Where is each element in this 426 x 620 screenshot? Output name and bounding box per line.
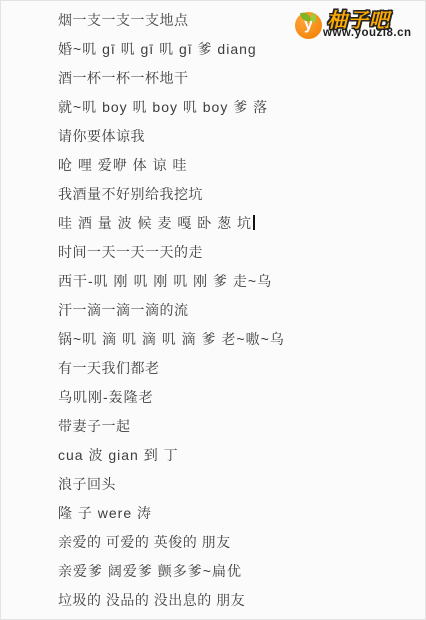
lyric-line-text: 婚~叽 gī 叽 gī 叽 gī 爹 diang [58,41,257,57]
lyric-line-text: 西干-叽 刚 叽 刚 叽 刚 爹 走~乌 [58,273,272,289]
youzi8-logo-icon: y [295,12,322,39]
lyric-line-text: 酒一杯一杯一杯地干 [58,70,189,86]
lyric-line: 带妻子一起 [58,412,425,441]
lyric-line: 就~叽 boy 叽 boy 叽 boy 爹 落 [58,93,425,122]
lyric-line: 我酒量不好别给我挖坑 [58,180,425,209]
lyrics-text-area[interactable]: 烟一支一支一支地点婚~叽 gī 叽 gī 叽 gī 爹 diang酒一杯一杯一杯… [58,6,425,615]
lyric-line-text: 带妻子一起 [58,418,131,434]
lyric-line: 酒一杯一杯一杯地干 [58,64,425,93]
lyric-line: 呛 哩 爱咿 体 谅 哇 [58,151,425,180]
lyric-line-text: 垃圾的 没品的 没出息的 朋友 [58,592,245,608]
lyric-line-text: 呛 哩 爱咿 体 谅 哇 [58,157,187,173]
lyric-line-text: 请你要体谅我 [58,128,145,144]
lyric-line: 隆 子 were 涛 [58,499,425,528]
lyric-line: cua 波 gian 到 丁 [58,441,425,470]
lyric-line: 请你要体谅我 [58,122,425,151]
lyric-line: 浪子回头 [58,470,425,499]
logo-site-url: www.youzi8.cn [323,27,412,39]
lyric-line: 西干-叽 刚 叽 刚 叽 刚 爹 走~乌 [58,267,425,296]
text-cursor [253,215,255,230]
lyric-line: 时间一天一天一天的走 [58,238,425,267]
lyric-line: 亲爱的 可爱的 英俊的 朋友 [58,528,425,557]
lyric-line-text: 我酒量不好别给我挖坑 [58,186,203,202]
lyric-line-text: 就~叽 boy 叽 boy 叽 boy 爹 落 [58,99,268,115]
lyric-line-text: 亲爱的 可爱的 英俊的 朋友 [58,534,231,550]
lyric-line-text: 乌叽刚-轰隆老 [58,389,154,405]
lyric-line-text: 锅~叽 滴 叽 滴 叽 滴 爹 老~嗷~乌 [58,331,285,347]
lyric-line: 亲爱爹 阔爱爹 颤多爹~扁优 [58,557,425,586]
lyric-line: 乌叽刚-轰隆老 [58,383,425,412]
lyrics-page: 烟一支一支一支地点婚~叽 gī 叽 gī 叽 gī 爹 diang酒一杯一杯一杯… [0,0,426,620]
lyric-line: 有一天我们都老 [58,354,425,383]
lyric-line-text: 汗一滴一滴一滴的流 [58,302,189,318]
youzi8-watermark: y 柚子吧 www.youzi8.cn [293,4,421,42]
lyric-line-text: 哇 酒 量 波 候 麦 嘎 卧 葱 坑 [58,215,252,231]
lyric-line-text: 亲爱爹 阔爱爹 颤多爹~扁优 [58,563,242,579]
lyric-line-text: 时间一天一天一天的走 [58,244,203,260]
lyric-line-text: 烟一支一支一支地点 [58,12,189,28]
lyric-line-text: 隆 子 were 涛 [58,505,152,521]
lyric-line: 锅~叽 滴 叽 滴 叽 滴 爹 老~嗷~乌 [58,325,425,354]
lyric-line: 汗一滴一滴一滴的流 [58,296,425,325]
lyric-line-text: 浪子回头 [58,476,116,492]
lyric-line: 垃圾的 没品的 没出息的 朋友 [58,586,425,615]
lyric-line-text: cua 波 gian 到 丁 [58,447,179,463]
lyric-line-text: 有一天我们都老 [58,360,160,376]
lyric-line: 哇 酒 量 波 候 麦 嘎 卧 葱 坑 [58,209,425,238]
